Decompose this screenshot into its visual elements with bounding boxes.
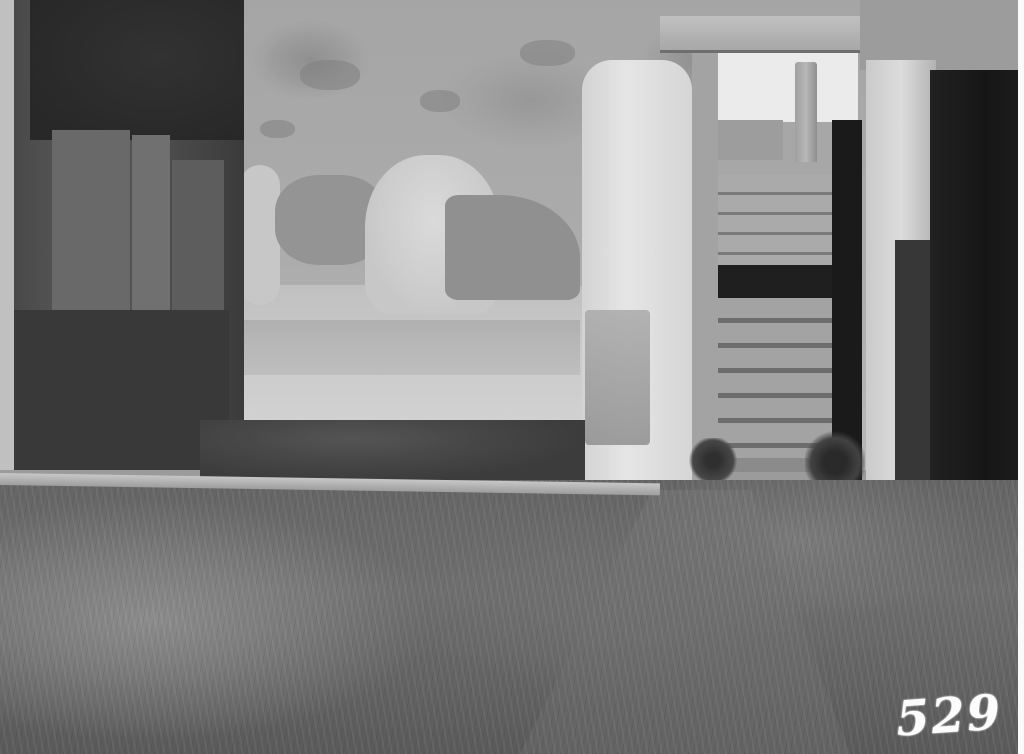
door-jamb-left — [692, 50, 718, 490]
stone-block — [520, 40, 575, 66]
right-wall-recess — [895, 240, 935, 520]
archival-photograph: 529 — [0, 0, 1024, 754]
plaster-patch — [240, 165, 280, 305]
steps-upper — [718, 175, 850, 270]
left-wall-upper-dark — [30, 0, 244, 140]
fresco-panel — [52, 130, 130, 310]
far-wall-ruin — [718, 120, 783, 160]
stone-block — [260, 120, 295, 138]
distant-column — [795, 62, 817, 162]
shrub — [688, 438, 738, 483]
plate-number: 529 — [894, 684, 1004, 747]
photo-right-edge — [1018, 0, 1024, 754]
pilaster-fresco-fragment — [585, 310, 650, 445]
stone-block — [300, 60, 360, 90]
fresco-panel — [172, 160, 224, 315]
left-wall-dado — [14, 310, 229, 470]
grass-texture — [0, 480, 1024, 754]
stone-block — [420, 90, 460, 112]
shadowed-gap — [694, 265, 854, 299]
photo-left-edge — [0, 0, 14, 470]
fresco-frieze — [240, 320, 580, 375]
vegetation-strip — [200, 420, 585, 482]
